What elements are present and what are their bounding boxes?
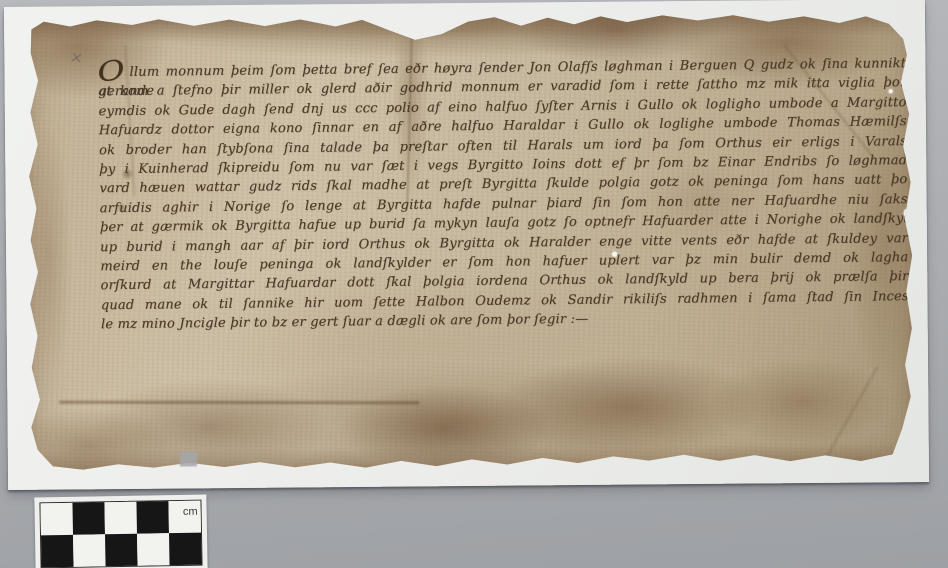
checker-square: cm [168,501,201,534]
hole-speck [889,89,893,93]
fold-crease [59,401,419,405]
checker-square [40,503,73,536]
hole-speck [904,209,909,217]
checker-square [105,534,138,567]
scale-unit-label: cm [183,506,198,518]
checker-square [137,533,170,566]
parchment: × Ollum monnum þeim ſom þetta bref ſea e… [26,9,914,473]
checker-square [104,502,137,535]
scale-bar-card: cm [34,495,207,568]
hole-speck [612,252,617,257]
fold-crease [823,366,879,463]
manuscript-text: Ollum monnum þeim ſom þetta bref ſea eðr… [98,54,909,335]
backing-mat: × Ollum monnum þeim ſom þetta bref ſea e… [4,0,929,490]
checker-square [72,502,105,535]
paper-tab [180,451,197,466]
checker-square [136,501,169,534]
initial-capital: O [96,61,126,83]
checker-square [41,535,74,568]
photo-background: × Ollum monnum þeim ſom þetta bref ſea e… [0,0,948,568]
checker-square [73,534,106,567]
scale-bar-checker: cm [39,500,202,568]
pencil-x-mark: × [69,47,84,67]
checker-square [169,533,202,566]
